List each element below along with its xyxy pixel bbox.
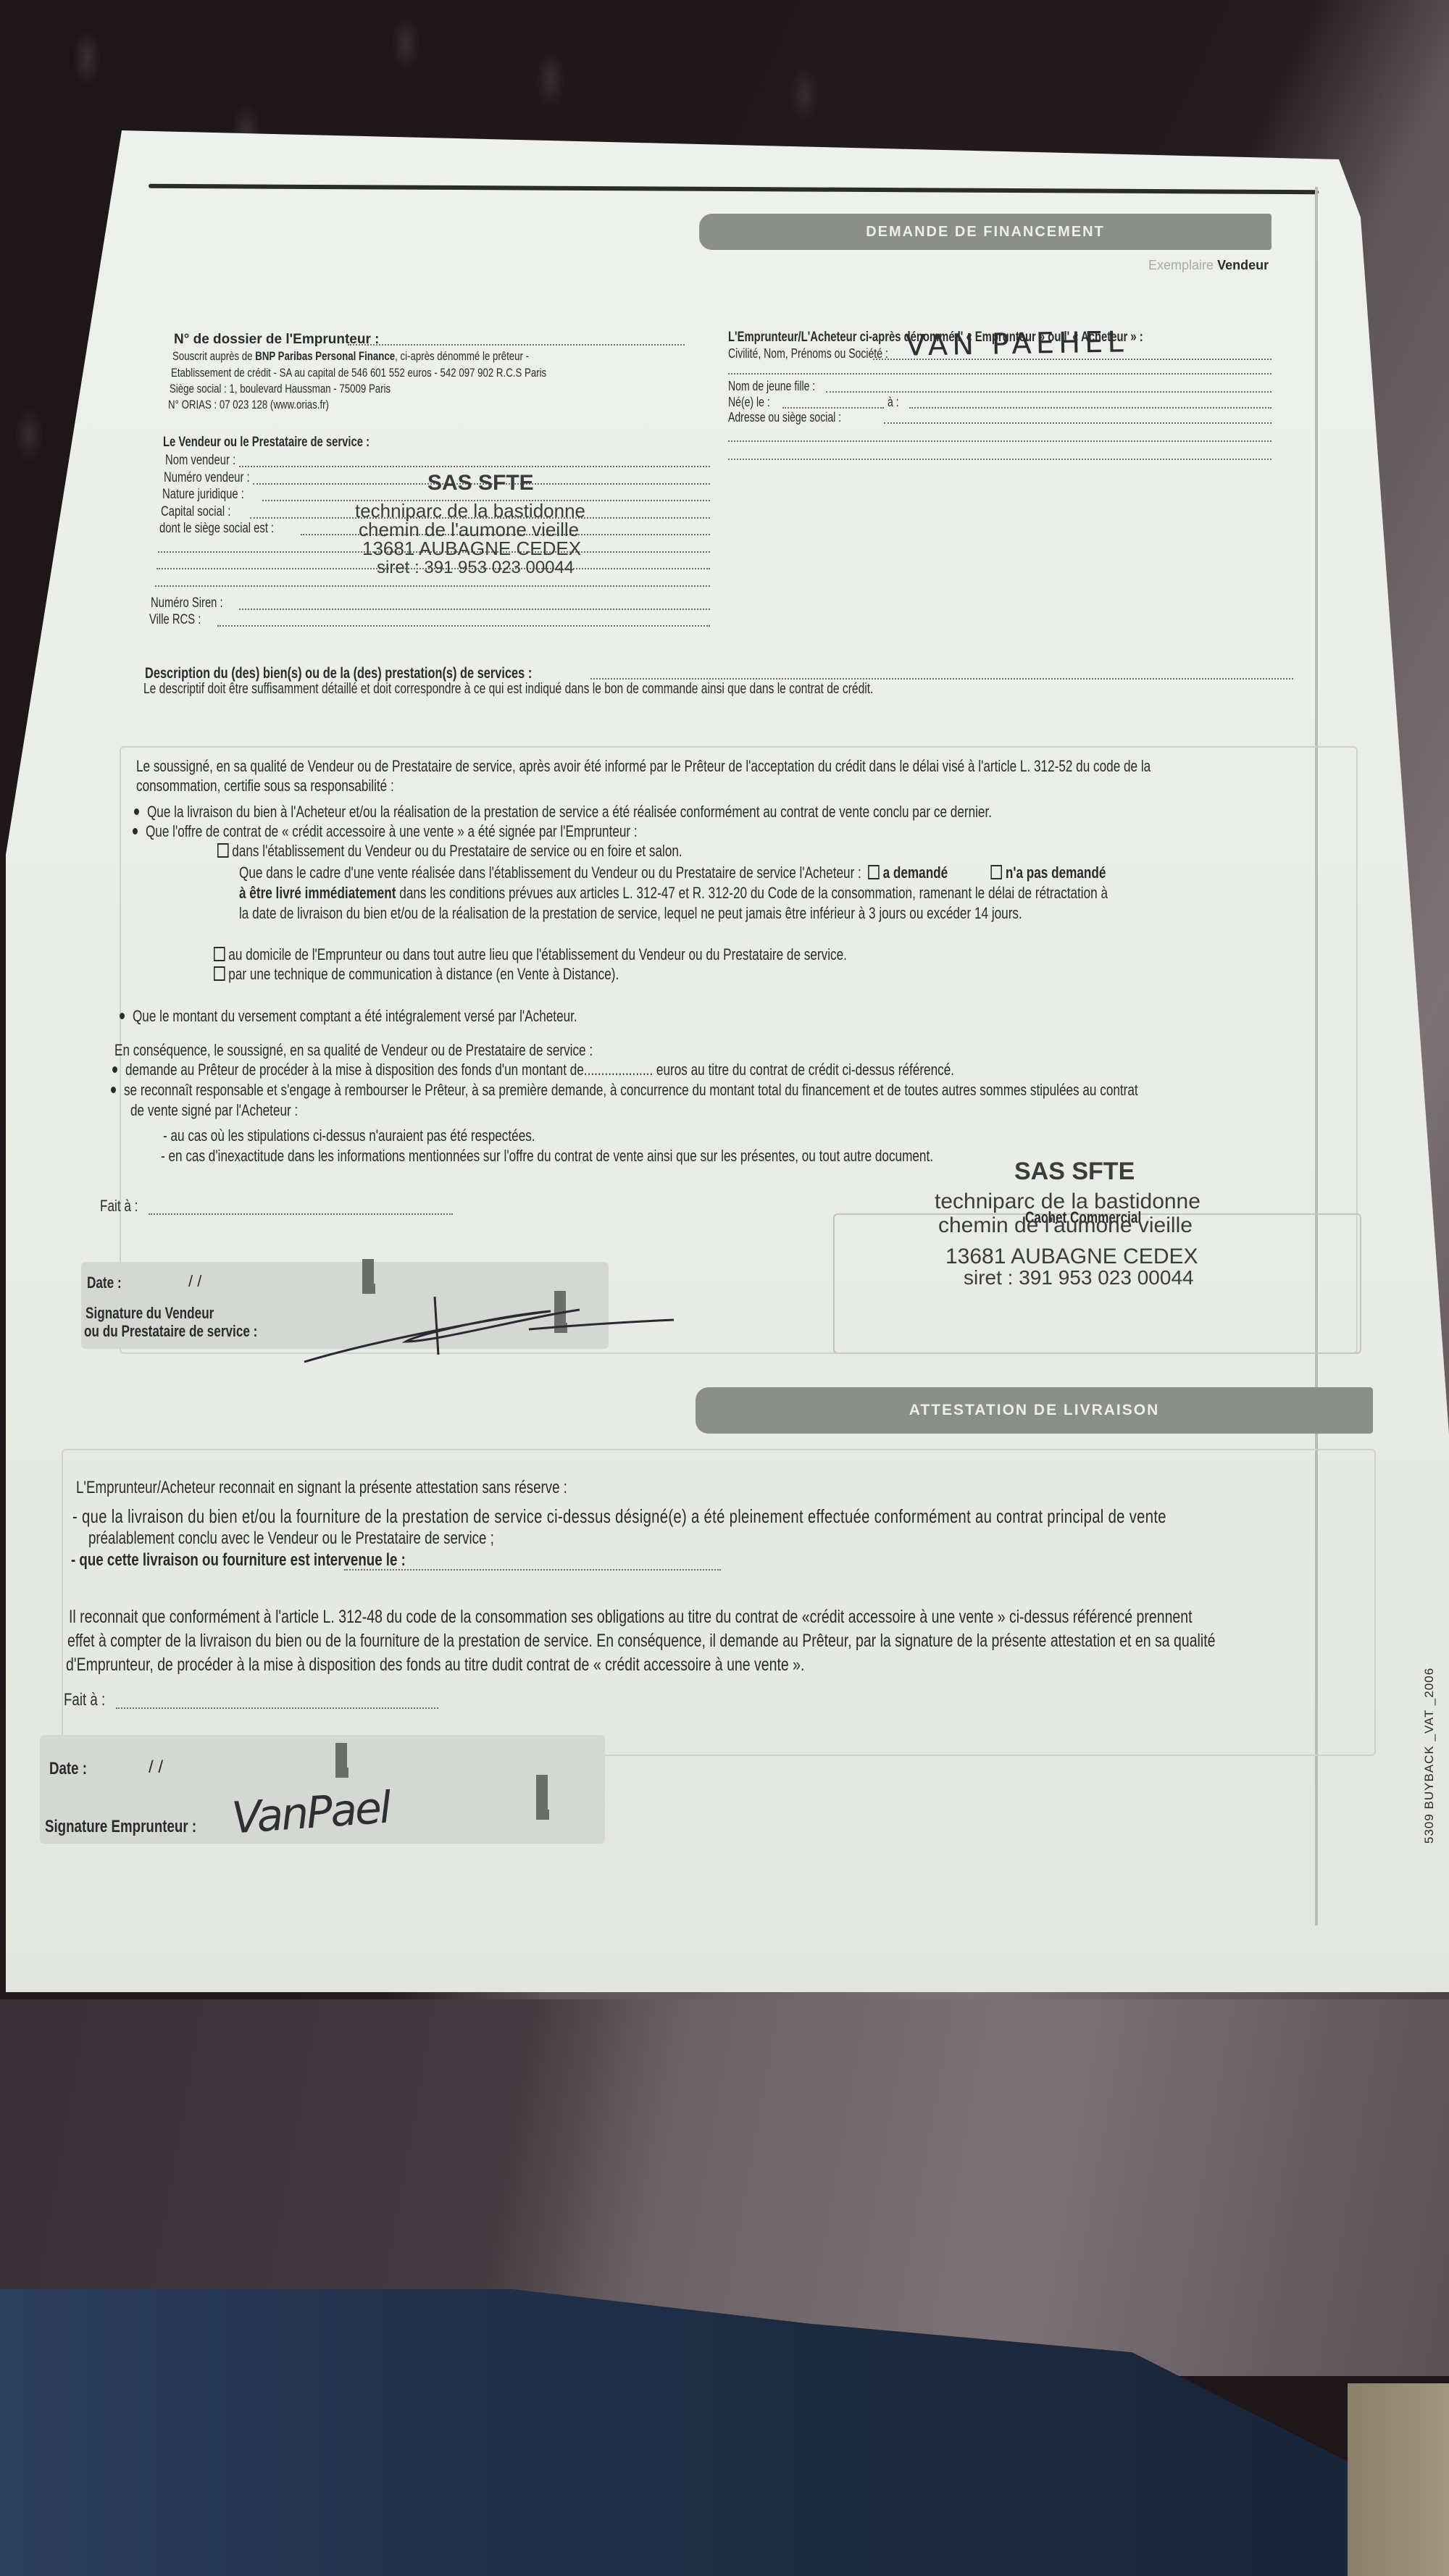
adresse-field[interactable] bbox=[884, 422, 1271, 424]
vendor-field-label: Capital social : bbox=[161, 504, 230, 520]
vendor-date-label: Date : bbox=[87, 1274, 122, 1292]
borrower-date-field[interactable]: / / bbox=[149, 1757, 163, 1778]
adresse-field-3[interactable] bbox=[728, 459, 1271, 460]
vendor-stamp-name: SAS SFTE bbox=[427, 471, 534, 495]
attestation-intro: L'Emprunteur/Acheteur reconnait en signa… bbox=[76, 1478, 567, 1498]
arrow-marker-icon bbox=[335, 1743, 348, 1778]
certification-bullet-5a: se reconnaît responsable et s'engage à r… bbox=[111, 1081, 1138, 1100]
ne-le-label: Né(e) le : bbox=[728, 395, 770, 410]
bullet-icon bbox=[112, 1066, 117, 1073]
vendor-fait-a-field[interactable] bbox=[149, 1213, 453, 1215]
borrower-date-label: Date : bbox=[49, 1759, 87, 1779]
lender-line-1: Souscrit auprès de BNP Paribas Personal … bbox=[172, 349, 529, 364]
demande-banner: DEMANDE DE FINANCEMENT bbox=[699, 214, 1271, 250]
checkbox-etablissement[interactable] bbox=[217, 843, 229, 858]
certification-intro-2: consommation, certifie sous sa responsab… bbox=[136, 777, 394, 795]
bullet-icon bbox=[134, 808, 139, 815]
checkbox-distance[interactable] bbox=[214, 966, 225, 981]
certification-bullet-3: Que le montant du versement comptant a é… bbox=[120, 1007, 577, 1026]
option-detail-1: Que dans le cadre d'une vente réalisée d… bbox=[239, 863, 1106, 882]
certification-bullet-1: Que la livraison du bien à l'Acheteur et… bbox=[134, 803, 992, 821]
vendor-signature-label-2: ou du Prestataire de service : bbox=[84, 1322, 257, 1341]
lender-line-4: N° ORIAS : 07 023 128 (www.orias.fr) bbox=[168, 398, 329, 412]
nom-jeune-fille-label: Nom de jeune fille : bbox=[728, 379, 815, 394]
certification-dash-1: - au cas où les stipulations ci-dessus n… bbox=[163, 1126, 535, 1145]
copy-label-faded: Exemplaire bbox=[1148, 258, 1214, 272]
vendor-field-label: Nature juridique : bbox=[162, 487, 244, 503]
checkbox-a-demande[interactable] bbox=[868, 865, 880, 879]
siren-field[interactable] bbox=[239, 609, 710, 610]
checkbox-na-pas-demande[interactable] bbox=[991, 865, 1003, 879]
bullet-icon bbox=[120, 1013, 125, 1019]
vendor-stamp-line-3: 13681 AUBAGNE CEDEX bbox=[362, 538, 581, 560]
copy-label: Exemplaire Vendeur bbox=[1148, 258, 1269, 273]
cachet-stamp-name: SAS SFTE bbox=[1014, 1158, 1135, 1186]
option-detail-3: la date de livraison du bien et/ou de la… bbox=[239, 904, 1022, 923]
bullet-icon bbox=[133, 828, 138, 835]
adresse-label: Adresse ou siège social : bbox=[728, 410, 841, 425]
a-label: à : bbox=[888, 395, 899, 410]
cachet-stamp-line-3: 13681 AUBAGNE CEDEX bbox=[945, 1245, 1198, 1269]
attestation-fait-a-label: Fait à : bbox=[64, 1690, 105, 1710]
civilite-label: Civilité, Nom, Prénoms ou Société : bbox=[728, 346, 888, 361]
dossier-field[interactable] bbox=[348, 344, 685, 346]
description-note: Le descriptif doit être suffisamment dét… bbox=[143, 681, 873, 698]
vendor-field-label: dont le siège social est : bbox=[159, 521, 274, 537]
lender-line-3: Siège social : 1, boulevard Haussman - 7… bbox=[170, 382, 391, 396]
vendor-signature[interactable] bbox=[290, 1289, 681, 1369]
attestation-line-2: - que cette livraison ou fourniture est … bbox=[71, 1550, 406, 1571]
arrow-marker-icon bbox=[362, 1259, 375, 1294]
description-field[interactable] bbox=[590, 678, 1293, 679]
vendor-date-field[interactable]: / / bbox=[188, 1272, 201, 1291]
ne-le-field[interactable] bbox=[782, 407, 884, 409]
cachet-stamp-line-4: siret : 391 953 023 00044 bbox=[964, 1266, 1194, 1289]
option-detail-2: à être livré immédiatement dans les cond… bbox=[239, 884, 1108, 903]
cachet-stamp-line-2: chemin de l'aumone vieille bbox=[938, 1213, 1193, 1238]
option-distance: par une technique de communication à dis… bbox=[214, 965, 619, 984]
attestation-fait-a-field[interactable] bbox=[116, 1707, 438, 1709]
vendor-field-label: Numéro vendeur : bbox=[164, 470, 250, 486]
option-etablissement: dans l'établissement du Vendeur ou du Pr… bbox=[217, 842, 682, 861]
certification-bullet-5b: de vente signé par l'Acheteur : bbox=[130, 1101, 298, 1120]
description-label: Description du (des) bien(s) ou de la (d… bbox=[145, 665, 532, 682]
vendor-field-label: Nom vendeur : bbox=[165, 453, 235, 469]
lieu-field[interactable] bbox=[909, 407, 1271, 409]
vendor-stamp-line-4: siret : 391 953 023 00044 bbox=[377, 558, 574, 578]
attestation-banner: ATTESTATION DE LIVRAISON bbox=[696, 1387, 1373, 1434]
vendor-heading: Le Vendeur ou le Prestataire de service … bbox=[163, 435, 369, 451]
arrow-marker-icon bbox=[536, 1775, 549, 1820]
vendor-field-input[interactable] bbox=[155, 585, 710, 587]
livraison-date-field[interactable] bbox=[344, 1569, 721, 1571]
vendor-signature-label-1: Signature du Vendeur bbox=[85, 1304, 214, 1323]
certification-intro-1: Le soussigné, en sa qualité de Vendeur o… bbox=[136, 757, 1151, 776]
bullet-icon bbox=[111, 1087, 116, 1093]
form-code: 5309 BUYBACK _VAT _2006 bbox=[1422, 1668, 1437, 1844]
copy-label-bold: Vendeur bbox=[1217, 258, 1269, 272]
attestation-para-2: effet à compter de la livraison du bien … bbox=[67, 1631, 1215, 1652]
adresse-field-2[interactable] bbox=[728, 440, 1271, 442]
vendor-fait-a-label: Fait à : bbox=[100, 1197, 138, 1216]
civilite-field-2[interactable] bbox=[728, 373, 1271, 375]
nom-jeune-fille-field[interactable] bbox=[826, 391, 1271, 393]
option-domicile: au domicile de l'Emprunteur ou dans tout… bbox=[214, 945, 847, 964]
certification-bullet-4: demande au Prêteur de procéder à la mise… bbox=[112, 1061, 954, 1079]
lender-line-2: Etablissement de crédit - SA au capital … bbox=[171, 366, 546, 380]
civilite-value[interactable]: VAN PAEHEL bbox=[906, 325, 1128, 362]
rcs-field[interactable] bbox=[217, 625, 710, 627]
checkbox-domicile[interactable] bbox=[214, 947, 225, 961]
attestation-line-1a: - que la livraison du bien et/ou la four… bbox=[72, 1505, 1166, 1528]
certification-dash-2: - en cas d'inexactitude dans les informa… bbox=[161, 1147, 933, 1166]
borrower-signature-label: Signature Emprunteur : bbox=[45, 1817, 196, 1837]
rcs-label: Ville RCS : bbox=[149, 612, 201, 628]
background-floor bbox=[1348, 2383, 1449, 2576]
attestation-line-1b: préalablement conclu avec le Vendeur ou … bbox=[88, 1529, 494, 1549]
siren-label: Numéro Siren : bbox=[151, 595, 223, 611]
consequence-text: En conséquence, le soussigné, en sa qual… bbox=[114, 1041, 593, 1060]
certification-bullet-2: Que l'offre de contrat de « crédit acces… bbox=[133, 822, 638, 841]
attestation-para-1: Il reconnait que conformément à l'articl… bbox=[69, 1607, 1193, 1628]
attestation-para-3: d'Emprunteur, de procéder à la mise à di… bbox=[66, 1655, 804, 1676]
cachet-stamp-line-1: techniparc de la bastidonne bbox=[935, 1189, 1200, 1214]
vendor-field-input[interactable] bbox=[239, 466, 710, 467]
